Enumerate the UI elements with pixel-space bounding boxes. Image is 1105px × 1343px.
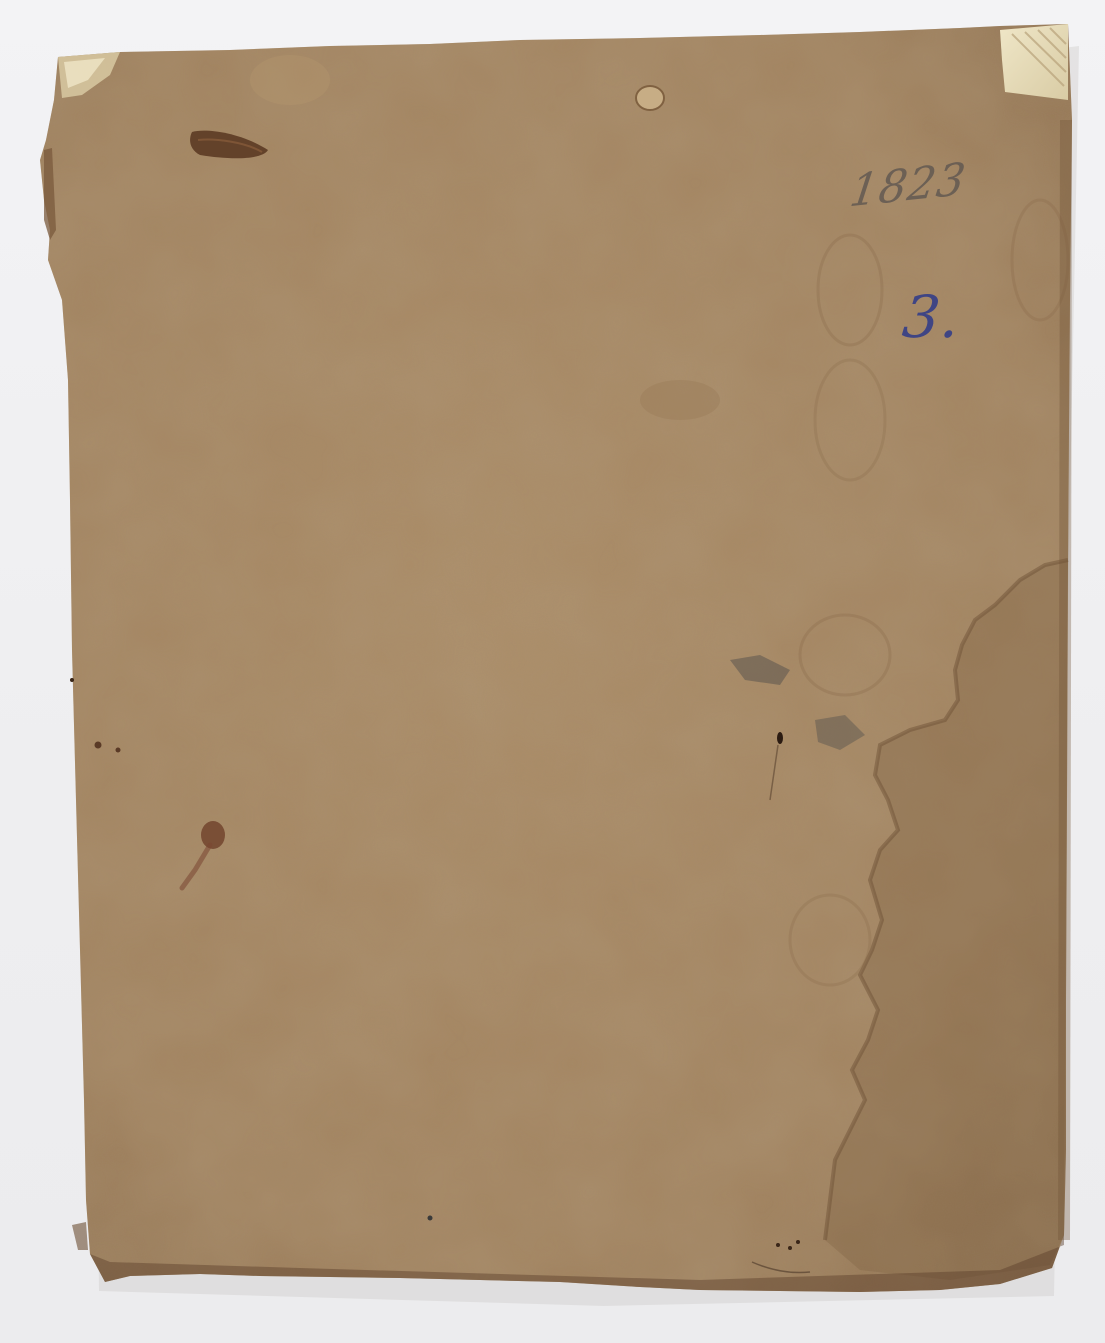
photo-scene: 1823 3.	[0, 0, 1105, 1343]
paper-cover	[0, 0, 1105, 1343]
